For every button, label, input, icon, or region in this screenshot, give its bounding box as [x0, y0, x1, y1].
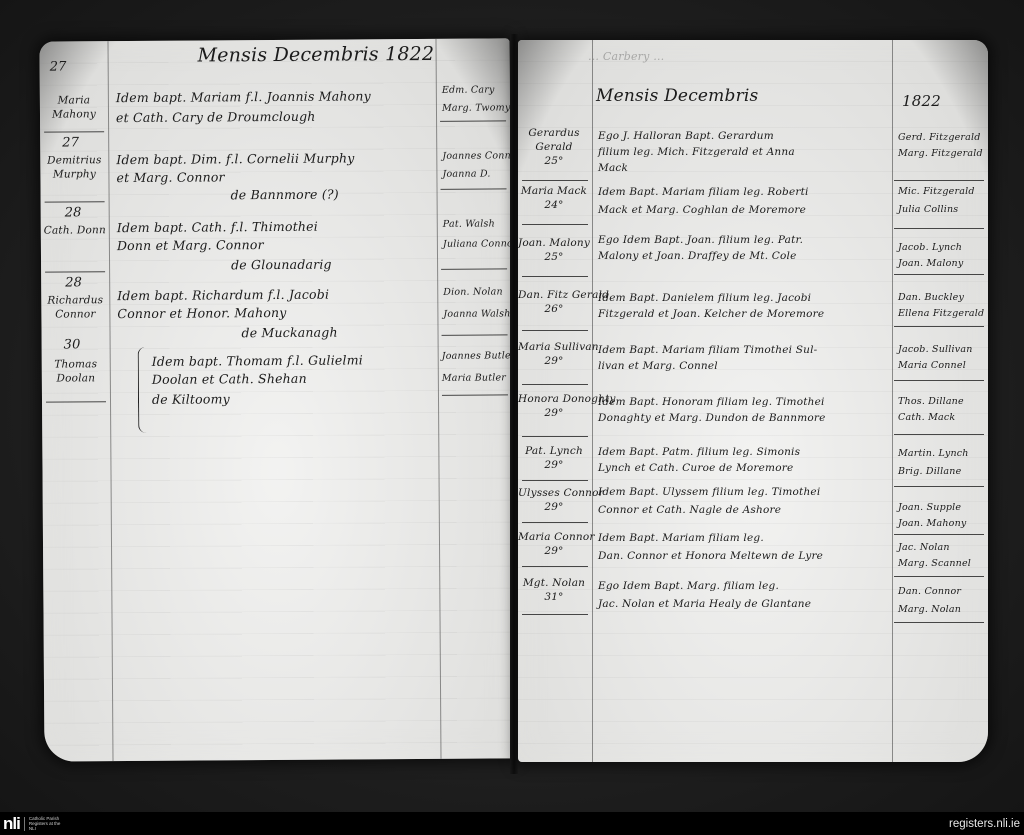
entry-date: 29°	[518, 544, 590, 558]
entry-date: 24°	[518, 198, 590, 212]
child-name: Pat. Lynch	[518, 444, 590, 458]
sponsor: Cath. Mack	[898, 410, 955, 425]
book-gutter	[510, 34, 518, 774]
child-name: Gerardus Gerald	[518, 126, 590, 154]
entry-line: Idem Bapt. Danielem filium leg. Jacobi	[598, 290, 811, 306]
entry-line: Doolan et Cath. Shehan	[152, 370, 307, 389]
entry-date: 29°	[518, 500, 590, 514]
site-link[interactable]: registers.nli.ie	[949, 818, 1020, 830]
sponsor: Edm. Cary	[442, 82, 495, 97]
child-name: Thomas Doolan	[42, 357, 110, 385]
child-name: Joan. Malony	[518, 236, 590, 250]
child-name: Demitrius Murphy	[40, 153, 108, 181]
child-name: Ulysses Connor	[518, 486, 590, 500]
entry-line: Ego Idem Bapt. Marg. filiam leg.	[598, 578, 779, 594]
sponsor: Dan. Buckley	[898, 290, 964, 305]
sponsor: Pat. Walsh	[443, 216, 495, 231]
sponsor: Jacob. Sullivan	[898, 342, 973, 357]
sponsor: Joan. Malony	[898, 256, 963, 271]
child-name: Maria Mack	[518, 184, 590, 198]
sponsor-column-rule	[892, 40, 893, 762]
child-name: Maria Sullivan	[518, 340, 590, 354]
entry-line: de Muckanagh	[241, 324, 337, 343]
sponsor: Joannes Connor	[442, 148, 514, 164]
entry-line: de Bannmore (?)	[231, 186, 339, 205]
sponsor: Dion. Nolan	[443, 284, 503, 299]
entry-line: livan et Marg. Connel	[598, 358, 718, 374]
entry-date: 28	[65, 205, 82, 220]
entry-line: filium leg. Mich. Fitzgerald et Anna	[598, 144, 795, 160]
sponsor-column-rule	[435, 39, 441, 759]
logo-caption: Catholic Parish Registers at the NLI	[29, 816, 63, 831]
entry-line: Idem bapt. Richardum f.l. Jacobi	[117, 286, 329, 305]
entry-line: Dan. Connor et Honora Meltewn de Lyre	[598, 548, 823, 564]
entry-date: 27	[62, 135, 79, 150]
sponsor: Joanna Walsh	[443, 306, 510, 321]
sponsor: Juliana Connor	[443, 236, 515, 252]
entry-date: 26°	[518, 302, 590, 316]
corner-number: 27	[50, 59, 67, 74]
entry-line: Donn et Marg. Connor	[117, 236, 264, 255]
entry-line: Mack et Marg. Coghlan de Moremore	[598, 202, 806, 218]
entry-line: Idem Bapt. Patm. filium leg. Simonis	[598, 444, 800, 460]
sponsor: Marg. Nolan	[898, 602, 961, 617]
entry-line: Idem Bapt. Ulyssem filium leg. Timothei	[598, 484, 820, 500]
sponsor: Marg. Fitzgerald	[898, 146, 983, 161]
sponsor: Martin. Lynch	[898, 446, 969, 461]
name-column-rule	[107, 41, 113, 761]
sponsor: Joan. Mahony	[898, 516, 966, 531]
page-year: 1822	[902, 92, 941, 110]
entry-line: de Glounadarig	[231, 256, 332, 275]
entry-line: Mack	[598, 160, 628, 176]
entry-line: Idem bapt. Cath. f.l. Thimothei	[117, 218, 318, 237]
entry-line: Idem Bapt. Mariam filiam leg. Roberti	[598, 184, 809, 200]
top-note: … Carbery …	[588, 50, 664, 63]
sponsor: Jacob. Lynch	[898, 240, 962, 255]
sponsor: Joan. Supple	[898, 500, 961, 515]
child-name: Cath. Donn	[41, 223, 109, 237]
entry-date: 29°	[518, 354, 590, 368]
sponsor: Mic. Fitzgerald	[898, 184, 975, 199]
child-name: Honora Donoghty	[518, 392, 590, 406]
sponsor: Brig. Dillane	[898, 464, 961, 479]
sponsor: Joanna D.	[442, 167, 490, 182]
sponsor: Maria Connel	[898, 358, 966, 373]
sponsor: Maria Butler	[442, 370, 506, 385]
child-name: Dan. Fitz Gerald	[518, 288, 590, 302]
entry-date: 28	[65, 275, 82, 290]
child-name: Maria Mahony	[40, 93, 108, 121]
entry-line: Connor et Cath. Nagle de Ashore	[598, 502, 781, 518]
right-page: … Carbery … Mensis Decembris 1822 Gerard…	[518, 40, 988, 762]
entry-date: 29°	[518, 458, 590, 472]
entry-line: et Cath. Cary de Droumclough	[116, 108, 316, 127]
child-name: Richardus Connor	[41, 293, 109, 321]
entry-line: Idem Bapt. Mariam filiam Timothei Sul-	[598, 342, 817, 358]
entry-date: 30	[64, 337, 81, 352]
entry-date: 29°	[518, 406, 590, 420]
sponsor: Julia Collins	[898, 202, 958, 217]
entry-line: Donaghty et Marg. Dundon de Bannmore	[598, 410, 826, 426]
entry-line: Idem Bapt. Honoram filiam leg. Timothei	[598, 394, 825, 410]
sponsor: Dan. Connor	[898, 584, 961, 599]
entry-date: 25°	[518, 154, 590, 168]
sponsor: Marg. Twomy	[442, 100, 511, 115]
nli-logo[interactable]: nli Catholic Parish Registers at the NLI	[3, 815, 63, 832]
entry-line: et Marg. Connor	[116, 168, 224, 187]
sponsor: Ellena Fitzgerald	[898, 306, 984, 321]
entry-line: Jac. Nolan et Maria Healy de Glantane	[598, 596, 811, 612]
sponsor: Jac. Nolan	[898, 540, 950, 555]
child-name: Mgt. Nolan	[518, 576, 590, 590]
entry-line: Idem bapt. Thomam f.l. Gulielmi	[152, 351, 363, 370]
sponsor: Marg. Scannel	[898, 556, 971, 571]
entry-date: 31°	[518, 590, 590, 604]
entry-line: Lynch et Cath. Curoe de Moremore	[598, 460, 793, 476]
viewer-footer: nli Catholic Parish Registers at the NLI…	[0, 812, 1024, 835]
entry-line: Idem Bapt. Mariam filiam leg.	[598, 530, 764, 546]
entry-line: Ego J. Halloran Bapt. Gerardum	[598, 128, 774, 144]
page-heading: Mensis Decembris	[596, 86, 758, 106]
left-page: 27 Mensis Decembris 1822 Maria Mahony Id…	[39, 38, 514, 761]
sponsor: Thos. Dillane	[898, 394, 964, 409]
sponsor: Gerd. Fitzgerald	[898, 130, 981, 145]
entry-line: de Kiltoomy	[152, 390, 230, 409]
sponsor: Joannes Butler	[442, 348, 515, 364]
register-scan-image: 27 Mensis Decembris 1822 Maria Mahony Id…	[0, 0, 1024, 812]
child-name: Maria Connor	[518, 530, 590, 544]
entry-line: Idem bapt. Dim. f.l. Cornelii Murphy	[116, 149, 354, 169]
entry-line: Ego Idem Bapt. Joan. filium leg. Patr.	[598, 232, 803, 248]
entry-line: Fitzgerald et Joan. Kelcher de Moremore	[598, 306, 824, 322]
entry-bracket	[138, 347, 150, 433]
entry-line: Idem bapt. Mariam f.l. Joannis Mahony	[116, 87, 371, 107]
nli-logo-mark: nli	[3, 815, 20, 832]
entry-line: Malony et Joan. Draffey de Mt. Cole	[598, 248, 797, 264]
logo-divider	[24, 817, 25, 831]
entry-line: Connor et Honor. Mahony	[117, 304, 286, 323]
entry-date: 25°	[518, 250, 590, 264]
page-heading: Mensis Decembris 1822	[198, 43, 435, 67]
